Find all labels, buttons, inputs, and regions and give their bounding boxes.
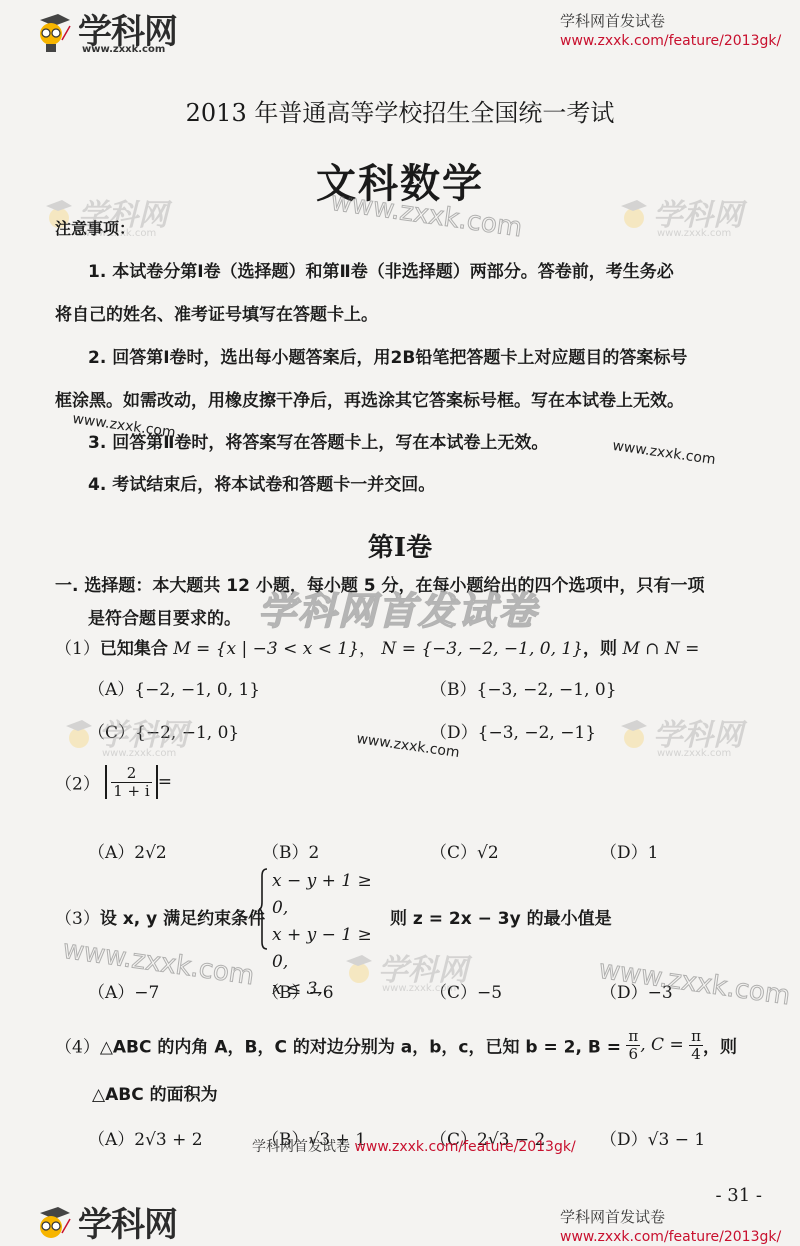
q1-option-b[interactable]: （B）{−3, −2, −1, 0} (430, 675, 617, 700)
logo-url: www.zxxk.com (82, 44, 165, 55)
q3-option-a[interactable]: （A）−7 (88, 978, 159, 1003)
page-number: - 31 - (715, 1185, 762, 1206)
q3-option-b[interactable]: （B）−6 (262, 978, 334, 1003)
q1-option-a[interactable]: （A）{−2, −1, 0, 1} (88, 675, 260, 700)
header-banner: 学科网首发试卷 www.zxxk.com/feature/2013gk/ (560, 10, 781, 49)
fraction: 2 1 + i (111, 765, 151, 799)
question-3-stem-suffix: 则 z = 2x − 3y 的最小值是 (390, 904, 612, 929)
q3-option-d[interactable]: （D）−3 (600, 978, 673, 1003)
section-intro-line2: 是符合题目要求的。 (88, 604, 241, 629)
question-4-stem-line2: △ABC 的面积为 (92, 1080, 218, 1105)
exam-title: 2013 年普通高等学校招生全国统一考试 (0, 93, 800, 128)
notice-heading: 注意事项： (55, 216, 135, 239)
question-4-stem-line1: （4）△ABC 的内角 A，B，C 的对边分别为 a，b，c，已知 b = 2,… (55, 1028, 737, 1062)
notice-2-line2: 框涂黑。如需改动，用橡皮擦干净后，再选涂其它答案标号框。写在本试卷上无效。 (55, 386, 684, 411)
q1-option-d[interactable]: （D）{−3, −2, −1} (430, 718, 596, 743)
notice-2-line1: 2. 回答第Ⅰ卷时，选出每小题答案后，用2B铅笔把答题卡上对应题目的答案标号 (88, 343, 687, 368)
footer-logo[interactable]: 学科网 (30, 1195, 190, 1246)
question-3-stem-prefix: （3）设 x, y 满足约束条件 (55, 904, 265, 929)
mascot-icon (34, 1205, 72, 1246)
section-intro-line1: 一. 选择题：本大题共 12 小题，每小题 5 分，在每小题给出的四个选项中，只… (55, 571, 705, 596)
q2-option-b[interactable]: （B）2 (262, 838, 319, 863)
subject-title: 文科数学 (0, 152, 800, 209)
constraint-2: x + y − 1 ≥ 0, (272, 925, 372, 972)
notice-4: 4. 考试结束后，将本试卷和答题卡一并交回。 (88, 470, 435, 495)
banner-title: 学科网首发试卷 (560, 10, 781, 31)
banner-title: 学科网首发试卷 (560, 1206, 781, 1227)
notice-1-line2: 将自己的姓名、准考证号填写在答题卡上。 (55, 300, 378, 325)
constraint-1: x − y + 1 ≥ 0, (272, 871, 372, 918)
q2-option-c[interactable]: （C）√2 (430, 838, 499, 863)
mascot-icon (34, 12, 72, 56)
left-brace-icon (258, 868, 268, 950)
notice-3: 3. 回答第Ⅱ卷时，将答案写在答题卡上，写在本试卷上无效。 (88, 428, 548, 453)
question-1-stem: （1）已知集合 M = {x | −3 < x < 1}， N = {−3, −… (55, 634, 699, 659)
inline-footer-watermark: 学科网首发试卷 www.zxxk.com/feature/2013gk/ (252, 1136, 576, 1156)
footer-banner: 学科网首发试卷 www.zxxk.com/feature/2013gk/ (560, 1206, 781, 1245)
q2-option-d[interactable]: （D）1 (600, 838, 658, 863)
logo-text: 学科网 (78, 1197, 177, 1246)
mascot-icon (619, 718, 649, 758)
question-2-stem: （2） 2 1 + i = (55, 765, 172, 799)
banner-link[interactable]: www.zxxk.com/feature/2013gk/ (560, 1229, 781, 1245)
watermark-url: www.zxxk.com (611, 438, 716, 468)
absolute-value: 2 1 + i (105, 765, 157, 799)
fraction-pi-6: π6 (626, 1028, 640, 1062)
q2-option-a[interactable]: （A）2√2 (88, 838, 167, 863)
q3-option-c[interactable]: （C）−5 (430, 978, 502, 1003)
notice-1-line1: 1. 本试卷分第Ⅰ卷（选择题）和第Ⅱ卷（非选择题）两部分。答卷前，考生务必 (88, 257, 674, 282)
header-logo[interactable]: 学科网 www.zxxk.com (30, 2, 190, 60)
q4-option-d[interactable]: （D）√3 − 1 (600, 1125, 705, 1150)
section-title: 第Ⅰ卷 (0, 527, 800, 564)
banner-link[interactable]: www.zxxk.com/feature/2013gk/ (560, 33, 781, 49)
q1-option-c[interactable]: （C）{−2, −1, 0} (88, 718, 239, 743)
constraint-system: x − y + 1 ≥ 0, x + y − 1 ≥ 0, x ≤ 3, (258, 868, 378, 952)
watermark-logo: 学科网 www.zxxk.com (615, 710, 765, 770)
exam-page: 学科网 www.zxxk.com 学科网首发试卷 www.zxxk.com/fe… (0, 0, 800, 1246)
inline-footer-link[interactable]: www.zxxk.com/feature/2013gk/ (354, 1139, 575, 1155)
fraction-pi-4: π4 (689, 1028, 703, 1062)
q4-option-a[interactable]: （A）2√3 + 2 (88, 1125, 203, 1150)
